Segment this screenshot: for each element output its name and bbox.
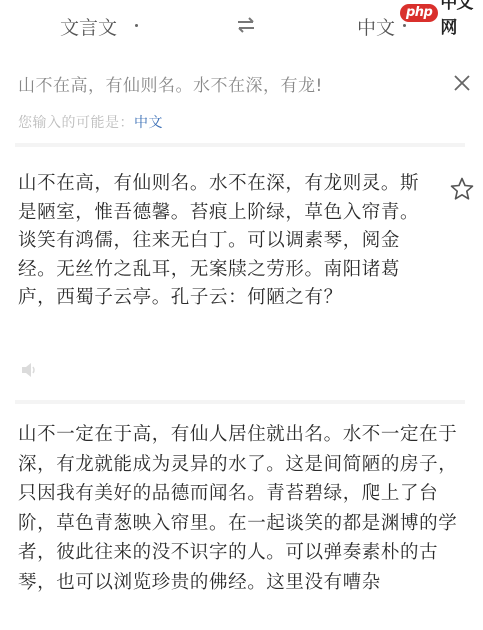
watermark-logo: php 中文网 (400, 2, 483, 24)
target-language-label: 中文 (357, 13, 395, 40)
divider (15, 143, 465, 147)
target-language-selector[interactable]: 中文 (357, 13, 406, 40)
input-area: 山不在高，有仙则名。水不在深，有龙! 您输入的可能是：中文 (0, 60, 483, 140)
divider (15, 400, 465, 404)
logo-text: 中文网 (440, 0, 483, 38)
logo-badge: php (400, 4, 438, 22)
speaker-icon[interactable] (20, 362, 38, 378)
translation-text: 山不一定在于高，有仙人居住就出名。水不一定在于深，有龙就能成为灵异的水了。这是间… (18, 420, 470, 597)
source-text-input[interactable]: 山不在高，有仙则名。水不在深，有龙! (18, 71, 430, 96)
language-bar: 文言文 中文 php 中文网 (0, 0, 483, 50)
source-language-selector[interactable]: 文言文 (60, 13, 138, 40)
star-icon[interactable] (449, 176, 475, 202)
suggestion-link[interactable]: 中文 (134, 115, 163, 131)
source-language-label: 文言文 (60, 13, 117, 40)
suggestion-prefix: 您输入的可能是： (18, 115, 134, 131)
dropdown-dot-icon (403, 24, 406, 27)
source-result-text: 山不在高，有仙则名。水不在深，有龙则灵。斯是陋室，惟吾德馨。苔痕上阶绿，草色入帘… (18, 170, 428, 313)
swap-languages-icon[interactable] (235, 15, 257, 35)
language-suggestion: 您输入的可能是：中文 (18, 112, 163, 132)
dropdown-dot-icon (135, 24, 138, 27)
close-icon[interactable] (452, 73, 472, 93)
